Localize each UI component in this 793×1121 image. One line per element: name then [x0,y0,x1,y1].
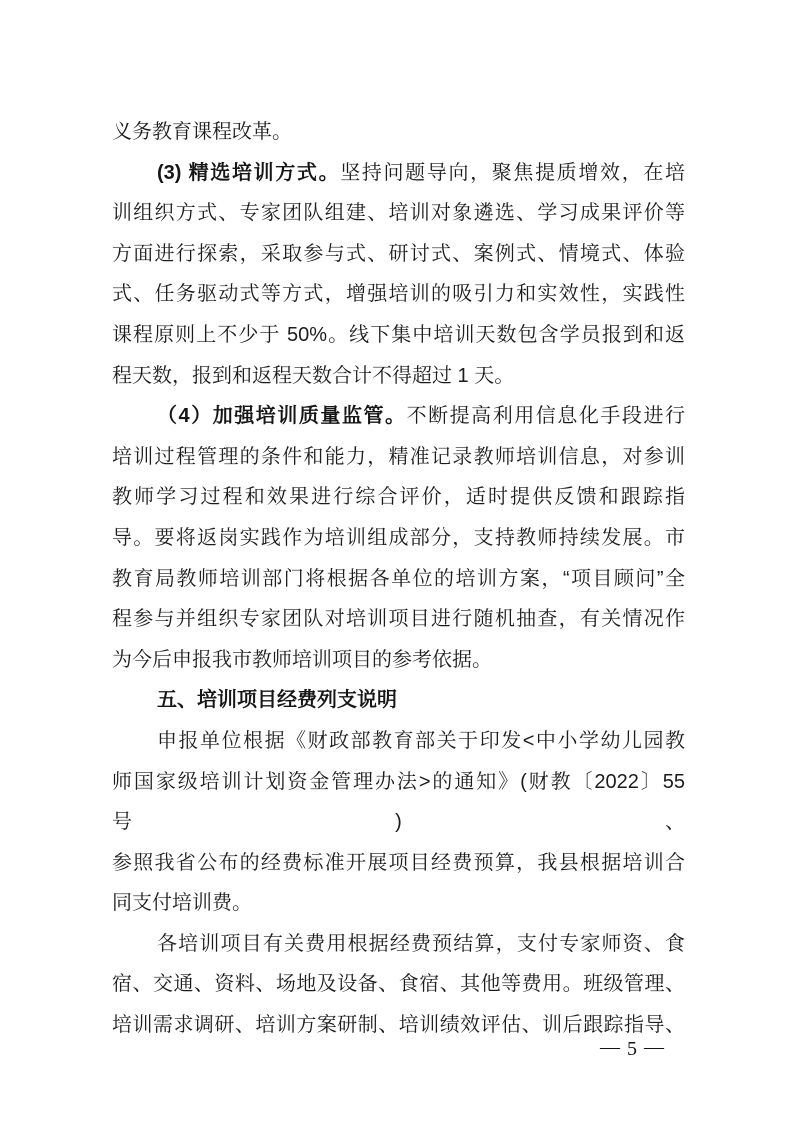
document-line: 各培训项目有关费用根据经费预结算，支付专家师资、食 [112,924,685,965]
document-line: 训组织方式、专家团队组建、培训对象遴选、学习成果评价等 [112,193,685,234]
document-line: 教师学习过程和效果进行综合评价，适时提供反馈和跟踪指 [112,477,685,518]
document-line: 申报单位根据《财政部教育部关于印发<中小学幼儿园教 [112,721,685,762]
document-line: 师国家级培训计划资金管理办法>的通知》(财教〔2022〕55 号)、 [112,762,685,843]
document-line: 参照我省公布的经费标准开展项目经费预算，我县根据培训合 [112,843,685,884]
bold-run: (3) 精选培训方式。 [157,162,340,184]
document-line: 为今后申报我市教师培训项目的参考依据。 [112,640,685,681]
document-line: 同支付培训费。 [112,883,685,924]
footer-right-dash: — [644,1036,665,1059]
document-page: 义务教育课程改革。(3) 精选培训方式。坚持问题导向，聚焦提质增效，在培训组织方… [0,0,793,1121]
document-line: 课程原则上不少于 50%。线下集中培训天数包含学员报到和返 [112,315,685,356]
document-line: 程参与并组织专家团队对培训项目进行随机抽查，有关情况作 [112,599,685,640]
document-line: 义务教育课程改革。 [112,112,685,153]
text-block: 义务教育课程改革。(3) 精选培训方式。坚持问题导向，聚焦提质增效，在培训组织方… [112,112,685,1046]
document-line: （4）加强培训质量监管。不断提高利用信息化手段进行 [112,396,685,437]
footer-left-dash: — [600,1036,621,1059]
bold-run: （4）加强培训质量监管。 [157,405,407,427]
document-line: 方面进行探索，采取参与式、研讨式、案例式、情境式、体验 [112,234,685,275]
document-line: 程天数，报到和返程天数合计不得超过 1 天。 [112,356,685,397]
page-number: 5 [627,1038,638,1060]
document-line: (3) 精选培训方式。坚持问题导向，聚焦提质增效，在培 [112,153,685,194]
document-line: 式、任务驱动式等方式，增强培训的吸引力和实效性，实践性 [112,274,685,315]
document-line: 导。要将返岗实践作为培训组成部分，支持教师持续发展。市 [112,518,685,559]
document-line: 教育局教师培训部门将根据各单位的培训方案，“项目顾问”全 [112,559,685,600]
document-line: 五、培训项目经费列支说明 [112,680,685,721]
bold-run: 五、培训项目经费列支说明 [157,689,397,711]
page-number-footer: —5— [594,1038,671,1061]
document-line: 培训过程管理的条件和能力，精准记录教师培训信息，对参训 [112,437,685,478]
document-line: 宿、交通、资料、场地及设备、食宿、其他等费用。班级管理、 [112,964,685,1005]
